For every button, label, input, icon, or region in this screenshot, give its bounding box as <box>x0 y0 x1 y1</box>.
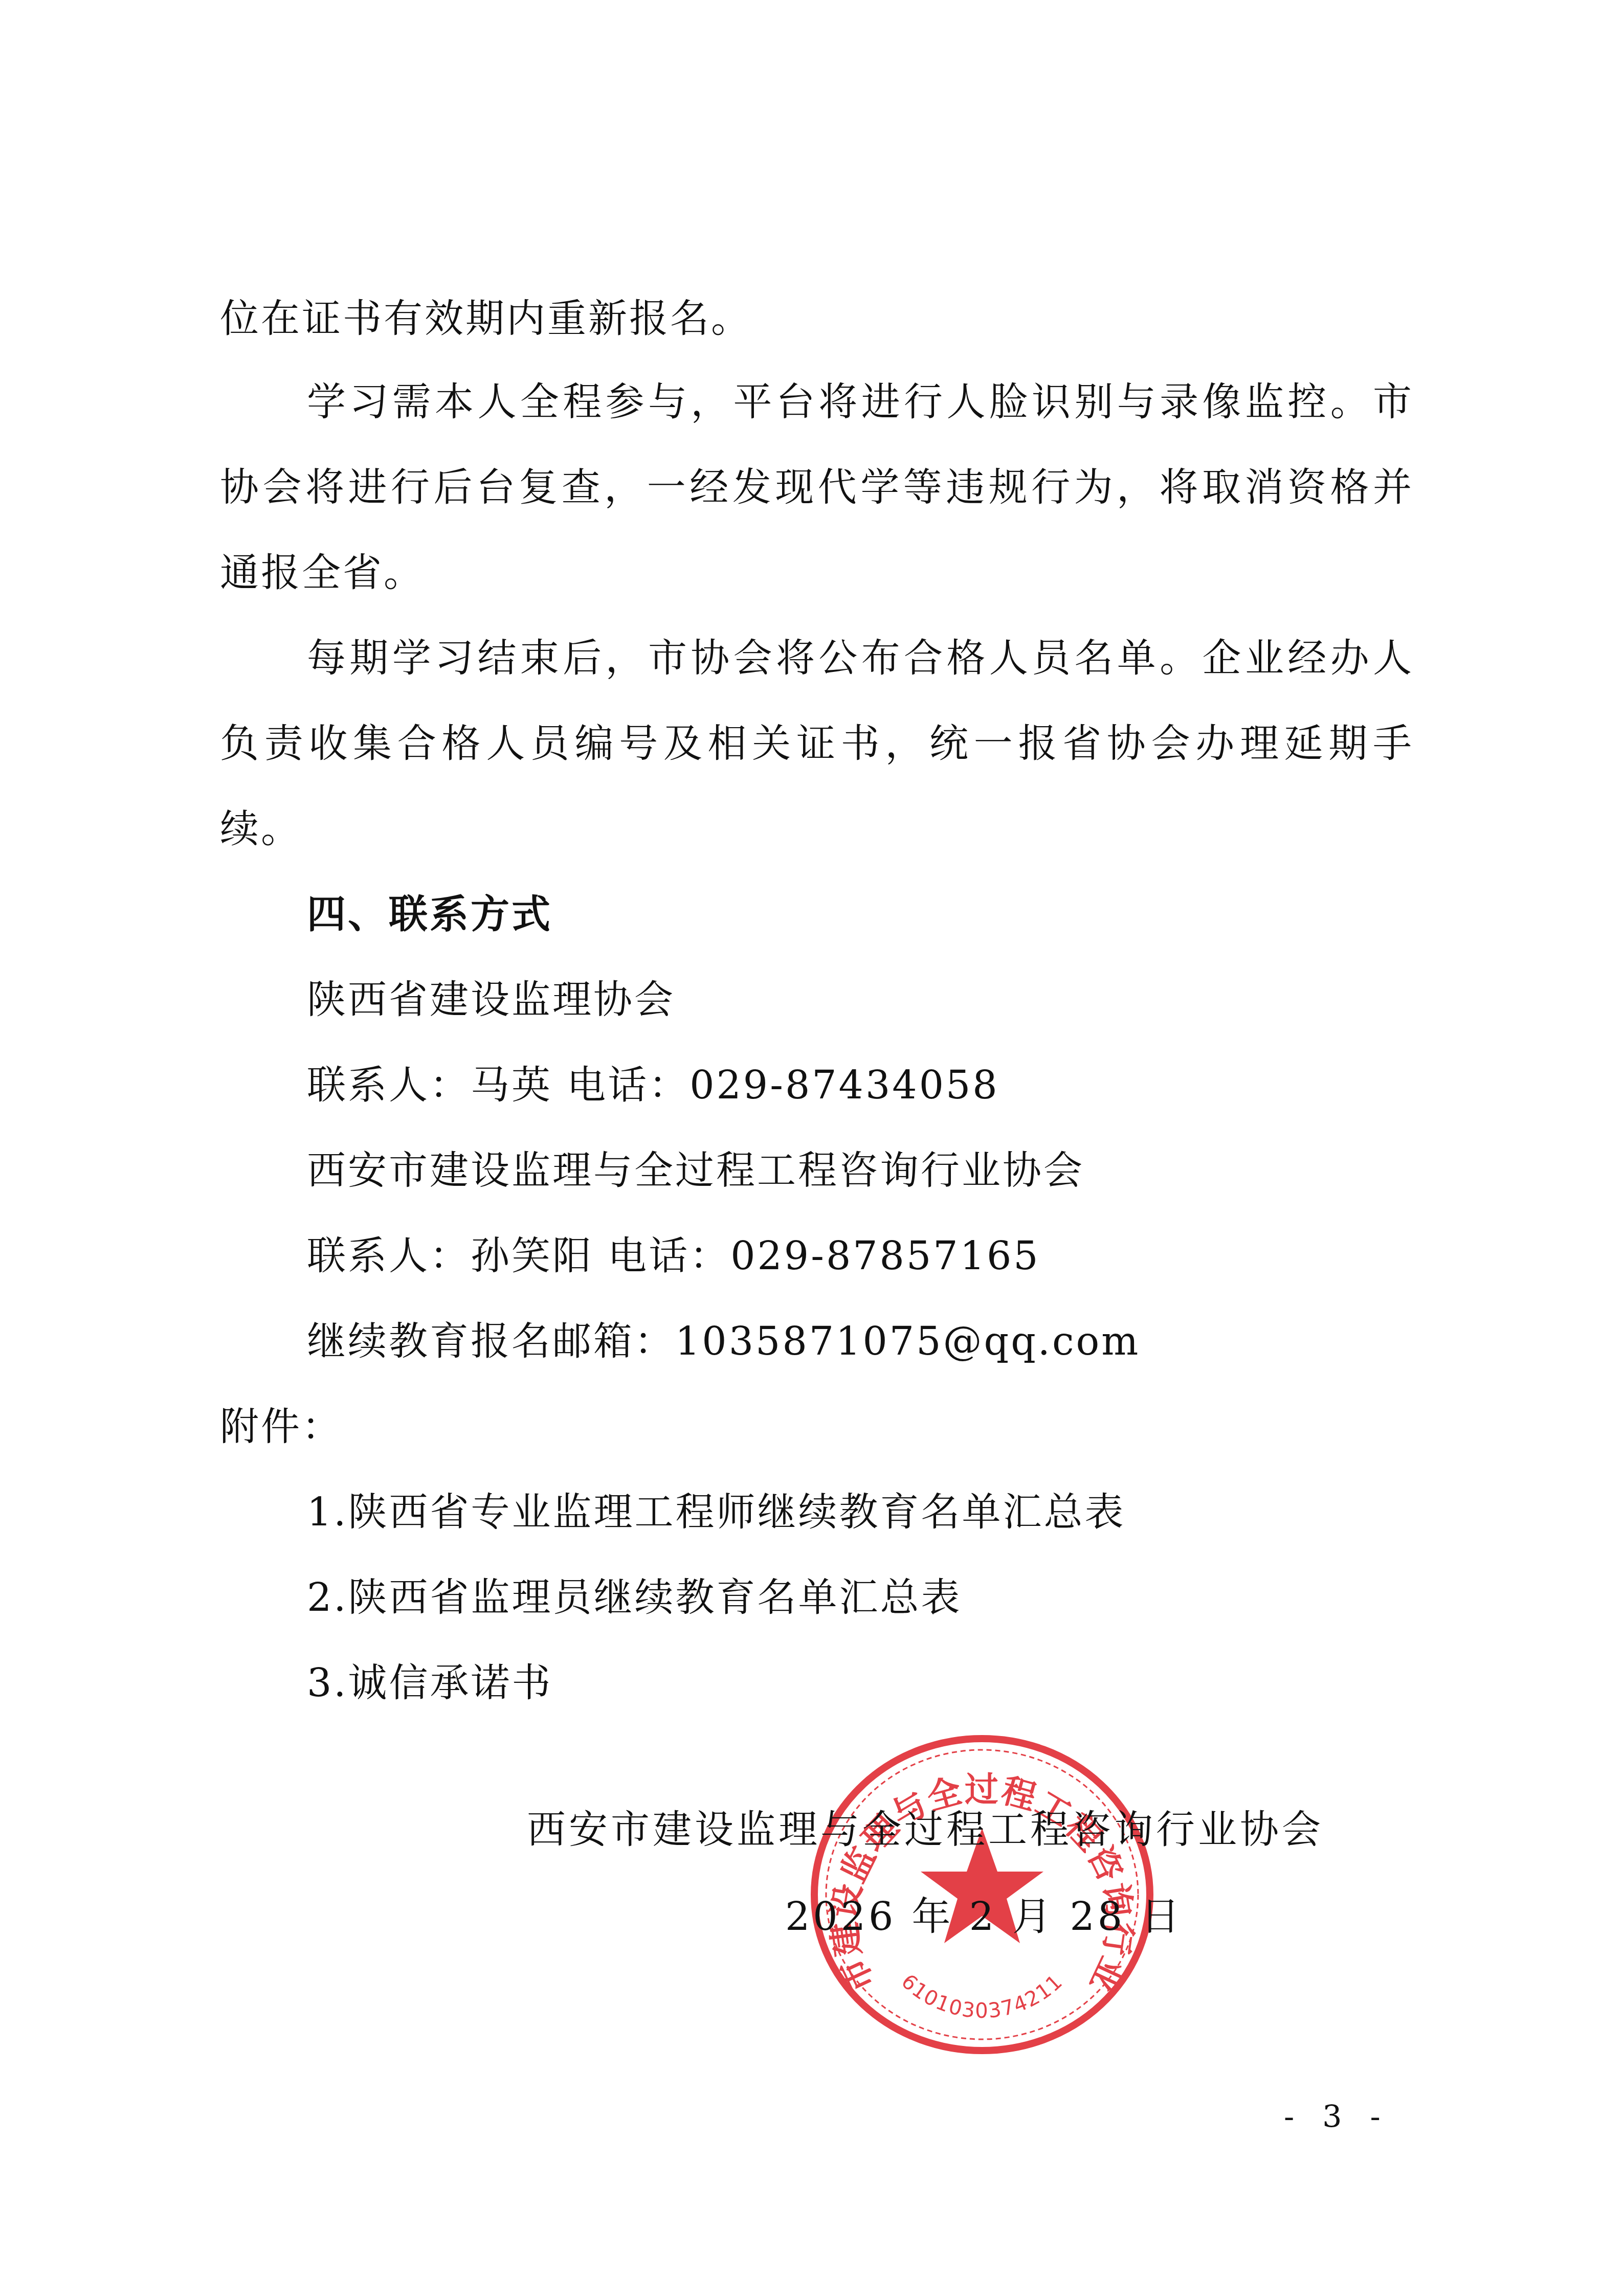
signature-date: 2026 年 2 月 28 日 <box>785 1897 1183 1936</box>
attachments-label: 附件： <box>220 1407 343 1446</box>
continuation-text: 位在证书有效期内重新报名。 <box>220 299 752 338</box>
supervision-paragraph-line-3: 通报全省。 <box>220 553 425 592</box>
contact-org-provincial: 陕西省建设监理协会 <box>307 980 675 1019</box>
supervision-paragraph-line-2: 协会将进行后台复查，一经发现代学等违规行为，将取消资格并 <box>220 468 1412 507</box>
attachment-item-1: 1.陕西省专业监理工程师继续教育名单汇总表 <box>307 1493 1126 1532</box>
signature-organization: 西安市建设监理与全过程工程咨询行业协会 <box>527 1810 1324 1849</box>
svg-text:6101030374211: 6101030374211 <box>897 1970 1067 2023</box>
attachment-item-3: 3.诚信承诺书 <box>307 1663 553 1702</box>
document-page: 位在证书有效期内重新报名。 学习需本人全程参与，平台将进行人脸识别与录像监控。市… <box>0 0 1624 2296</box>
results-paragraph-line-1: 每期学习结束后，市协会将公布合格人员名单。企业经办人 <box>307 639 1412 678</box>
results-paragraph-line-2: 负责收集合格人员编号及相关证书，统一报省协会办理延期手 <box>220 724 1412 763</box>
page-number: - 3 - <box>1284 2099 1390 2135</box>
seal-code: 6101030374211 <box>897 1970 1067 2023</box>
supervision-paragraph-line-1: 学习需本人全程参与，平台将进行人脸识别与录像监控。市 <box>307 382 1412 421</box>
results-paragraph-line-3: 续。 <box>220 809 302 848</box>
attachment-item-2: 2.陕西省监理员继续教育名单汇总表 <box>307 1578 962 1617</box>
contact-org-city: 西安市建设监理与全过程工程咨询行业协会 <box>307 1151 1084 1190</box>
registration-email: 继续教育报名邮箱：1035871075@qq.com <box>307 1322 1140 1361</box>
section-heading-contact: 四、联系方式 <box>307 895 552 934</box>
contact-person-provincial: 联系人：马英 电话：029-87434058 <box>307 1066 999 1105</box>
contact-person-city: 联系人：孙笑阳 电话：029-87857165 <box>307 1236 1040 1275</box>
